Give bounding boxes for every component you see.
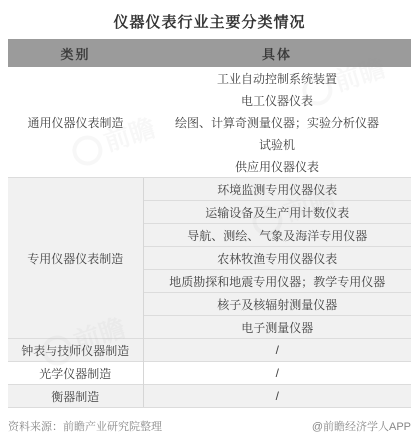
source-note: 资料来源：前瞻产业研究院整理 (8, 418, 162, 434)
item-cell: 电子测量仪器 (143, 316, 411, 339)
item-cell: 工业自动控制系统装置 (143, 67, 411, 89)
item-cell: 核子及核辐射测量仪器 (143, 293, 411, 316)
table-row: 衡器制造/ (8, 385, 411, 408)
item-cell: / (143, 362, 411, 385)
item-cell: 运输设备及生产用计数仪表 (143, 201, 411, 224)
category-cell: 光学仪器制造 (8, 362, 143, 385)
classification-table: 类别 具体 通用仪器仪表制造工业自动控制系统装置电工仪器仪表绘图、计算奇测量仪器… (8, 39, 411, 408)
item-cell: 电工仪器仪表 (143, 89, 411, 111)
table-body: 通用仪器仪表制造工业自动控制系统装置电工仪器仪表绘图、计算奇测量仪器；实验分析仪… (8, 67, 411, 408)
category-cell: 专用仪器仪表制造 (8, 178, 143, 339)
item-cell: 绘图、计算奇测量仪器；实验分析仪器 (143, 111, 411, 133)
table-row: 光学仪器制造/ (8, 362, 411, 385)
item-cell: / (143, 385, 411, 408)
item-cell: / (143, 339, 411, 362)
table-row: 专用仪器仪表制造环境监测专用仪器仪表 (8, 178, 411, 201)
item-cell: 环境监测专用仪器仪表 (143, 178, 411, 201)
item-cell: 试验机 (143, 133, 411, 155)
page-title: 仪器仪表行业主要分类情况 (0, 0, 419, 32)
table-row: 钟表与技师仪器制造/ (8, 339, 411, 362)
table-header-row: 类别 具体 (8, 39, 411, 67)
category-cell: 通用仪器仪表制造 (8, 67, 143, 178)
footer: 资料来源：前瞻产业研究院整理 @前瞻经济学人APP (8, 418, 411, 434)
credit-note: @前瞻经济学人APP (312, 418, 411, 434)
item-cell: 农林牧渔专用仪器仪表 (143, 247, 411, 270)
column-header-detail: 具体 (143, 39, 411, 67)
table-row: 通用仪器仪表制造工业自动控制系统装置 (8, 67, 411, 89)
category-cell: 衡器制造 (8, 385, 143, 408)
item-cell: 供应用仪器仪表 (143, 155, 411, 178)
item-cell: 地质勘探和地震专用仪器；教学专用仪器 (143, 270, 411, 293)
category-cell: 钟表与技师仪器制造 (8, 339, 143, 362)
column-header-category: 类别 (8, 39, 143, 67)
item-cell: 导航、测绘、气象及海洋专用仪器 (143, 224, 411, 247)
